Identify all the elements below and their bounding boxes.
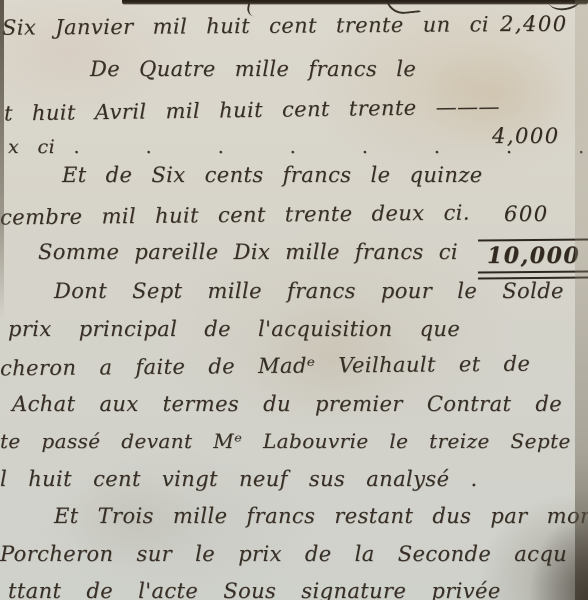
line-text: x ci bbox=[8, 136, 55, 158]
line-text: De Quatre mille francs le bbox=[90, 57, 416, 81]
amount-600: 600 bbox=[504, 202, 549, 226]
line-text: t huit Avril mil huit cent trente ——— bbox=[4, 95, 500, 126]
total-rule-double bbox=[478, 271, 588, 280]
line-text: l huit cent vingt neuf sus analysé . bbox=[0, 467, 478, 491]
manuscript-line-15: Porcheron sur le prix de la Seconde acqu bbox=[0, 541, 567, 567]
line-text: Somme pareille Dix mille francs ci bbox=[38, 240, 458, 264]
manuscript-line-9: prix principal de l'acquisition que bbox=[8, 316, 460, 342]
photo-edge-top bbox=[122, 0, 588, 5]
manuscript-line-16: ttant de l'acte Sous signature privée bbox=[8, 578, 501, 600]
manuscript-line-5: Et de Six cents francs le quinze bbox=[62, 162, 483, 188]
manuscript-line-12: te passé devant Mᵉ Labouvrie le treize S… bbox=[0, 428, 571, 454]
total-rule-top bbox=[478, 239, 588, 242]
line-text: Achat aux termes du premier Contrat de bbox=[12, 392, 562, 416]
manuscript-line-8: Dont Sept mille francs pour le Solde bbox=[54, 278, 564, 304]
line-text: cembre mil huit cent trente deux ci. bbox=[0, 201, 470, 230]
manuscript-page: Six Janvier mil huit cent trente un ci D… bbox=[0, 0, 588, 600]
line-text: Dont Sept mille francs pour le Solde bbox=[54, 279, 564, 303]
line-text: te passé devant Mᵉ Labouvrie le treize S… bbox=[0, 429, 571, 453]
manuscript-line-6: cembre mil huit cent trente deux ci. bbox=[0, 200, 470, 231]
manuscript-line-13: l huit cent vingt neuf sus analysé . bbox=[0, 466, 478, 492]
line-text: prix principal de l'acquisition que bbox=[8, 317, 460, 341]
line-text: Et de Six cents francs le quinze bbox=[62, 163, 483, 187]
photo-corner-bottom-right bbox=[528, 510, 588, 600]
manuscript-line-11: Achat aux termes du premier Contrat de bbox=[12, 391, 562, 417]
amount-total-10000: 10,000 bbox=[487, 243, 580, 269]
manuscript-line-1: Six Janvier mil huit cent trente un ci bbox=[2, 11, 489, 40]
photo-edge-left bbox=[0, 0, 4, 320]
line-text: ttant de l'acte Sous signature privée bbox=[8, 579, 501, 600]
amount-4000: 4,000 bbox=[492, 124, 560, 148]
line-text: cheron a faite de Madᵉ Veilhault et de bbox=[0, 352, 530, 381]
line-text: Porcheron sur le prix de la Seconde acqu bbox=[0, 542, 567, 566]
manuscript-line-14: Et Trois mille francs restant dus par mo… bbox=[54, 503, 588, 529]
manuscript-line-3: t huit Avril mil huit cent trente ——— bbox=[4, 94, 500, 127]
amount-2400: 2,400 bbox=[500, 12, 568, 36]
manuscript-line-7: Somme pareille Dix mille francs ci bbox=[38, 239, 458, 265]
line-text: Et Trois mille francs restant dus par mo… bbox=[54, 504, 588, 528]
manuscript-line-10: cheron a faite de Madᵉ Veilhault et de bbox=[0, 351, 530, 382]
line-text: Six Janvier mil huit cent trente un ci bbox=[2, 12, 489, 39]
manuscript-line-2: De Quatre mille francs le bbox=[90, 56, 416, 82]
